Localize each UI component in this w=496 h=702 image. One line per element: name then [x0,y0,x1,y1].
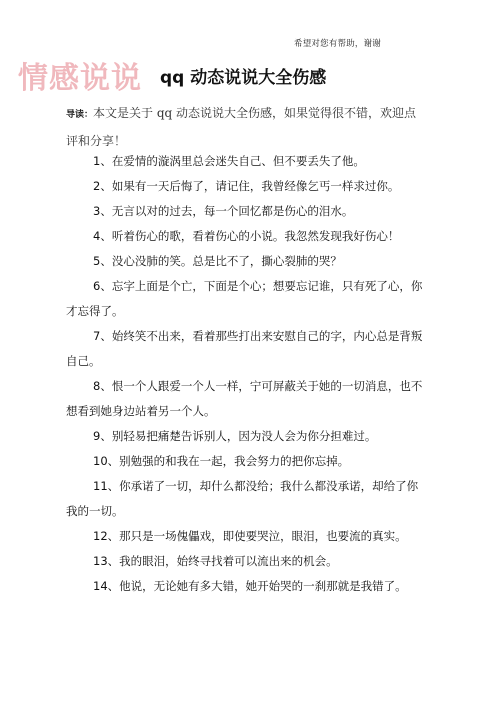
list-item: 6、忘字上面是个亡，下面是个心；想要忘记谁，只有死了心，你才忘得了。 [66,274,426,324]
list-item: 14、他说，无论她有多大错，她开始哭的一刹那就是我错了。 [66,574,426,599]
list-item: 4、听着伤心的歌，看着伤心的小说。我忽然发现我好伤心！ [66,224,426,249]
quote-list: 1、在爱情的漩涡里总会迷失自己、但不要丢失了他。 2、如果有一天后悔了，请记住，… [66,149,426,599]
list-item: 8、恨一个人跟爱一个人一样，宁可屏蔽关于她的一切消息，也不想看到她身边站着另一个… [66,374,426,424]
list-item: 12、那只是一场傀儡戏，即使要哭泣，眼泪，也要流的真实。 [66,524,426,549]
list-item: 7、始终笑不出来，看着那些打出来安慰自己的字，内心总是背叛自己。 [66,324,426,374]
watermark-logo: 情感说说 [18,61,142,97]
intro-label: 导读： [66,110,93,120]
list-item: 3、无言以对的过去，每一个回忆都是伤心的泪水。 [66,199,426,224]
list-item: 9、别轻易把痛楚告诉别人，因为没人会为你分担难过。 [66,424,426,449]
list-item: 2、如果有一天后悔了，请记住，我曾经像乞丐一样求过你。 [66,174,426,199]
document-title: qq 动态说说大全伤感 [160,66,326,90]
list-item: 10、别勉强的和我在一起，我会努力的把你忘掉。 [66,449,426,474]
list-item: 11、你承诺了一切，却什么都没给；我什么都没承诺，却给了你我的一切。 [66,474,426,524]
list-item: 1、在爱情的漩涡里总会迷失自己、但不要丢失了他。 [66,149,426,174]
list-item: 13、我的眼泪，始终寻找着可以流出来的机会。 [66,549,426,574]
intro-paragraph: 导读：本文是关于 qq 动态说说大全伤感，如果觉得很不错，欢迎点评和分享！ [66,100,424,154]
header-note: 希望对您有帮助，谢谢 [294,37,381,49]
list-item: 5、没心没肺的笑。总是比不了，撕心裂肺的哭？ [66,249,426,274]
intro-text: 本文是关于 qq 动态说说大全伤感，如果觉得很不错，欢迎点评和分享！ [66,106,416,148]
